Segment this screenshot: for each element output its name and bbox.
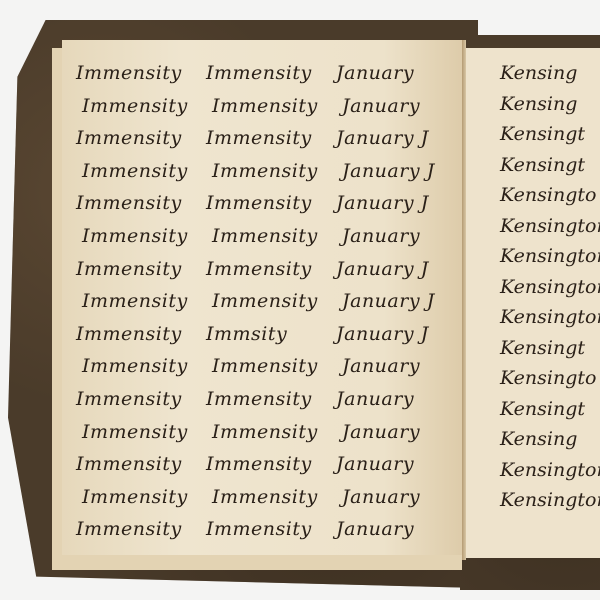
handwritten-word: Immsity — [206, 323, 336, 345]
handwritten-word: January — [342, 355, 452, 377]
handwritten-word: Immensity — [206, 192, 336, 214]
handwritten-word: Immensity — [206, 388, 336, 410]
handwritten-word: Immensity — [82, 160, 212, 182]
handwritten-word: Immensity — [82, 225, 212, 247]
handwritten-word: Immensity — [76, 62, 206, 84]
handwriting-row-right: Kensing — [500, 62, 577, 84]
handwriting-row-right: Kensingto — [500, 367, 596, 389]
handwriting-row-right: Kensing — [500, 93, 577, 115]
handwritten-word: Immensity — [212, 486, 342, 508]
handwriting-row: ImmensityImmensityJanuary — [76, 62, 446, 84]
handwritten-word: Immensity — [82, 421, 212, 443]
handwritten-word: January — [336, 518, 446, 540]
handwritten-word: Immensity — [212, 355, 342, 377]
handwritten-word: Immensity — [206, 518, 336, 540]
handwriting-row-right: Kensingto — [500, 184, 596, 206]
handwriting-row: ImmensityImmensityJanuary — [76, 453, 446, 475]
handwriting-row: ImmensityImmensityJanuary — [76, 388, 446, 410]
handwritten-word: Immensity — [76, 192, 206, 214]
handwriting-row-right: Kensingt — [500, 337, 585, 359]
handwriting-row-right: Kensingt — [500, 123, 585, 145]
handwritten-word: Immensity — [82, 290, 212, 312]
handwritten-word: Immensity — [76, 453, 206, 475]
handwriting-row: ImmensityImmensityJanuary — [82, 225, 452, 247]
handwriting-row-right: Kensingt — [500, 154, 585, 176]
handwriting-row: ImmensityImmensityJanuary — [82, 421, 452, 443]
handwritten-word: Immensity — [206, 127, 336, 149]
handwriting-row-right: Kensington — [500, 276, 600, 298]
handwriting-row-right: Kensington — [500, 306, 600, 328]
handwritten-word: Immensity — [212, 160, 342, 182]
handwritten-word: Immensity — [206, 453, 336, 475]
handwriting-row: ImmensityImmensityJanuary — [82, 355, 452, 377]
handwriting-row: ImmensityImmensityJanuary — [82, 95, 452, 117]
handwritten-word: Immensity — [76, 518, 206, 540]
handwriting-row: ImmensityImmsityJanuary J — [76, 323, 446, 345]
handwritten-word: January — [336, 453, 446, 475]
handwritten-word: Immensity — [76, 127, 206, 149]
handwritten-word: January J — [342, 160, 452, 182]
handwriting-row-right: Kensington — [500, 245, 600, 267]
handwritten-word: Immensity — [82, 486, 212, 508]
handwritten-word: Immensity — [76, 323, 206, 345]
handwritten-word: Immensity — [212, 225, 342, 247]
handwritten-word: Immensity — [76, 388, 206, 410]
handwritten-word: January — [342, 421, 452, 443]
handwritten-word: January J — [342, 290, 452, 312]
handwriting-row: ImmensityImmensityJanuary J — [76, 258, 446, 280]
handwriting-row: ImmensityImmensityJanuary J — [76, 127, 446, 149]
handwriting-row-right: Kensing — [500, 428, 577, 450]
handwritten-word: January — [336, 388, 446, 410]
handwritten-word: Immensity — [206, 258, 336, 280]
handwriting-row-right: Kensingt — [500, 398, 585, 420]
handwritten-word: January — [342, 95, 452, 117]
handwriting-row: ImmensityImmensityJanuary J — [82, 290, 452, 312]
handwriting-row: ImmensityImmensityJanuary J — [76, 192, 446, 214]
handwritten-word: Immensity — [212, 290, 342, 312]
handwritten-word: January — [342, 486, 452, 508]
handwritten-word: January J — [336, 258, 446, 280]
handwritten-word: January J — [336, 192, 446, 214]
handwriting-row: ImmensityImmensityJanuary — [82, 486, 452, 508]
handwritten-word: January — [342, 225, 452, 247]
handwritten-word: Immensity — [76, 258, 206, 280]
handwritten-word: January J — [336, 323, 446, 345]
handwritten-word: Immensity — [212, 95, 342, 117]
handwritten-word: January — [336, 62, 446, 84]
handwritten-word: Immensity — [82, 95, 212, 117]
book-gutter — [462, 40, 466, 560]
handwritten-word: Immensity — [206, 62, 336, 84]
handwritten-word: Immensity — [82, 355, 212, 377]
handwriting-row: ImmensityImmensityJanuary — [76, 518, 446, 540]
handwriting-row-right: Kensington — [500, 215, 600, 237]
handwritten-word: Immensity — [212, 421, 342, 443]
handwriting-row: ImmensityImmensityJanuary J — [82, 160, 452, 182]
handwritten-word: January J — [336, 127, 446, 149]
handwriting-row-right: Kensington — [500, 489, 600, 511]
handwriting-row-right: Kensington — [500, 459, 600, 481]
